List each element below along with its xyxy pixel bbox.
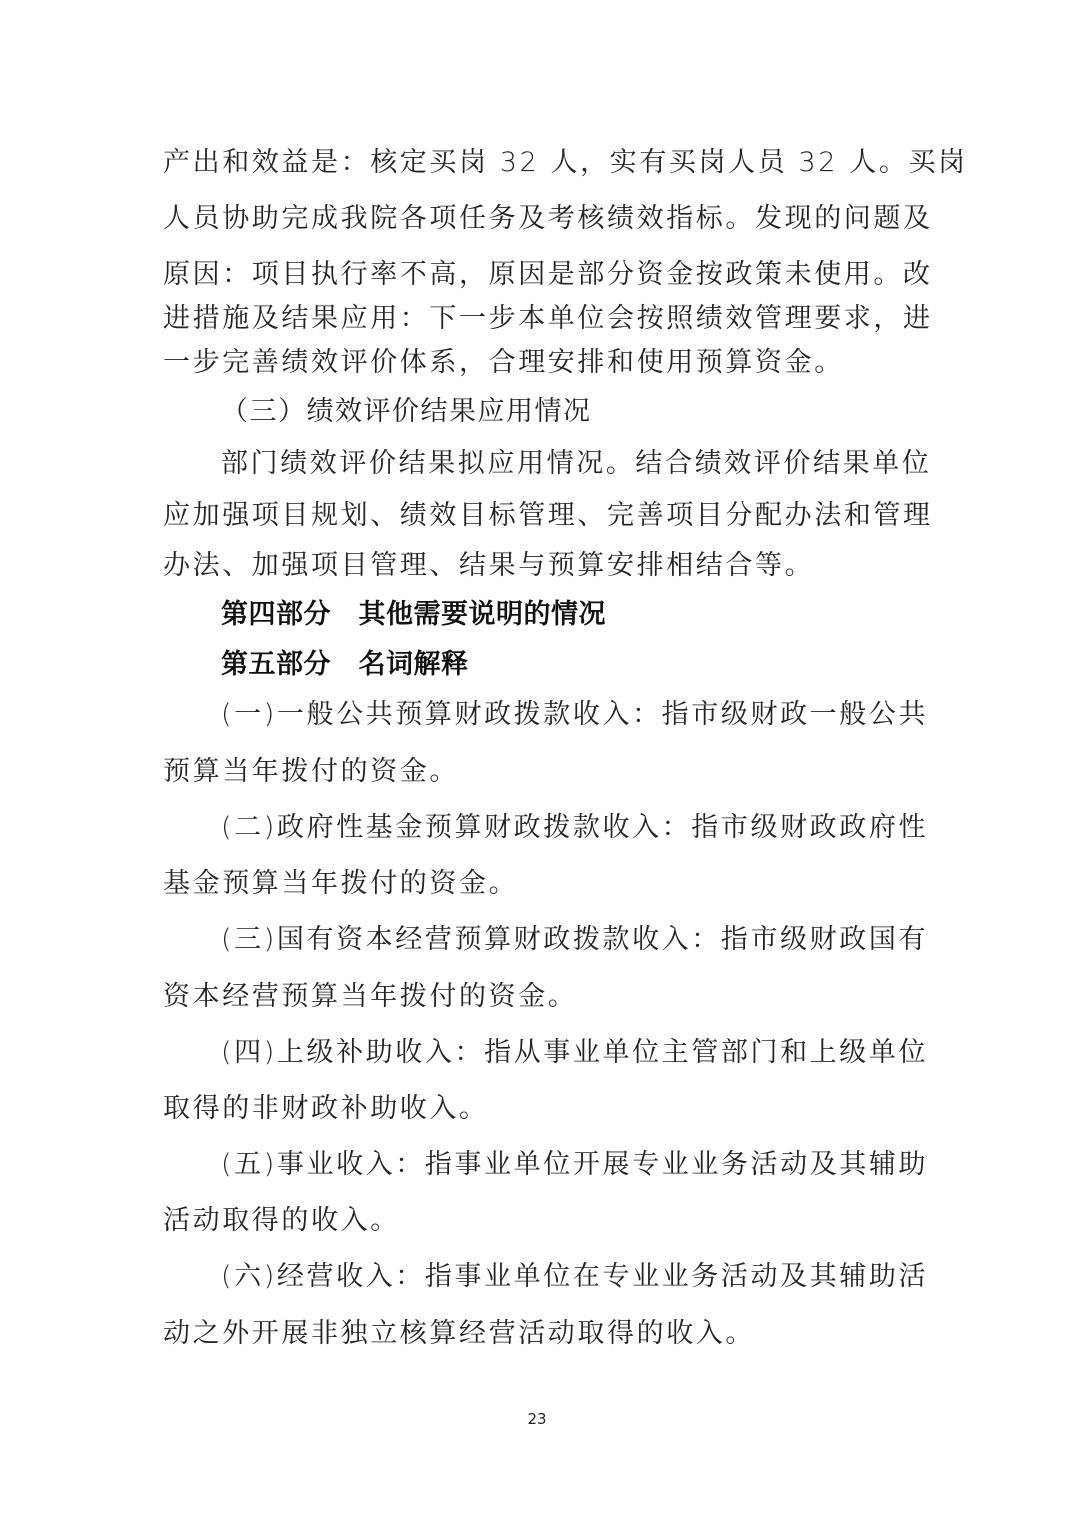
definition-line: (五)事业收入：指事业单位开展专业业务活动及其辅助 — [221, 1148, 981, 1182]
section-heading-part-five: 第五部分 名词解释 — [221, 648, 981, 682]
definition-line: 预算当年拨付的资金。 — [163, 755, 923, 789]
section-heading-part-four: 第四部分 其他需要说明的情况 — [221, 598, 981, 632]
definition-line: 取得的非财政补助收入。 — [163, 1092, 923, 1126]
section-subheading: （三）绩效评价结果应用情况 — [221, 395, 981, 429]
paragraph-line: 人员协助完成我院各项任务及考核绩效指标。发现的问题及 — [163, 202, 923, 236]
paragraph-line: 应加强项目规划、绩效目标管理、完善项目分配办法和管理 — [163, 499, 923, 533]
paragraph-line: 部门绩效评价结果拟应用情况。结合绩效评价结果单位 — [221, 447, 981, 481]
page-number: 23 — [0, 1410, 1074, 1428]
definition-line: (三)国有资本经营预算财政拨款收入：指市级财政国有 — [221, 923, 981, 957]
definition-line: (六)经营收入：指事业单位在专业业务活动及其辅助活 — [221, 1260, 981, 1294]
definition-line: (四)上级补助收入：指从事业单位主管部门和上级单位 — [221, 1036, 981, 1070]
definition-line: (一)一般公共预算财政拨款收入：指市级财政一般公共 — [221, 698, 981, 732]
definition-line: 动之外开展非独立核算经营活动取得的收入。 — [163, 1317, 923, 1351]
paragraph-line: 产出和效益是：核定买岗 32 人，实有买岗人员 32 人。买岗 — [163, 146, 923, 180]
document-page: 产出和效益是：核定买岗 32 人，实有买岗人员 32 人。买岗 人员协助完成我院… — [0, 0, 1074, 1520]
paragraph-line: 一步完善绩效评价体系，合理安排和使用预算资金。 — [163, 346, 923, 380]
definition-line: (二)政府性基金预算财政拨款收入：指市级财政政府性 — [221, 811, 981, 845]
definition-line: 活动取得的收入。 — [163, 1204, 923, 1238]
definition-line: 基金预算当年拨付的资金。 — [163, 867, 923, 901]
paragraph-line: 办法、加强项目管理、结果与预算安排相结合等。 — [163, 549, 923, 583]
paragraph-line: 原因：项目执行率不高，原因是部分资金按政策未使用。改 — [163, 258, 923, 292]
definition-line: 资本经营预算当年拨付的资金。 — [163, 980, 923, 1014]
paragraph-line: 进措施及结果应用：下一步本单位会按照绩效管理要求，进 — [163, 302, 923, 336]
